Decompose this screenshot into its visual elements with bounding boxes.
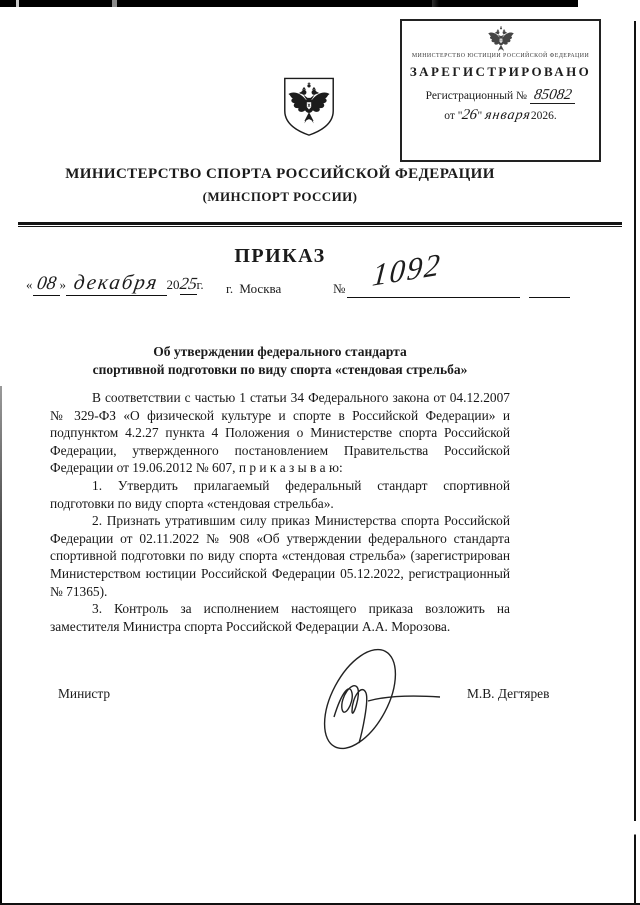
stamp-date-row: от "26" января2026. <box>402 108 599 123</box>
minister-signature <box>298 641 458 759</box>
stamp-date-year: 2026. <box>531 110 557 122</box>
stamp-date-month: января <box>484 109 532 123</box>
body-paragraph-item-2: 2. Признать утратившим силу приказ Минис… <box>50 512 510 600</box>
date-day-handwritten: 08 <box>31 273 61 295</box>
stamp-reg-number-value: 85082 <box>533 88 573 103</box>
scan-edge-left <box>0 386 2 905</box>
body-paragraph-item-3: 3. Контроль за исполнением настоящего пр… <box>50 600 510 635</box>
ministry-title: МИНИСТЕРСТВО СПОРТА РОССИЙСКОЙ ФЕДЕРАЦИИ <box>50 166 510 183</box>
stamp-date-day: 26 <box>461 108 478 123</box>
date-century: 20 <box>167 277 180 292</box>
order-subject: Об утверждении федерального стандарта сп… <box>50 343 510 378</box>
stamp-reg-number-label: Регистрационный № <box>426 90 527 102</box>
order-body: В соответствии с частью 1 статьи 34 Феде… <box>50 389 510 635</box>
scan-edge-right <box>634 21 636 905</box>
ministry-short-title: (МИНСПОРТ РОССИИ) <box>50 189 510 205</box>
order-number-label: № <box>333 281 345 297</box>
date-month-handwritten: декабря <box>64 270 169 295</box>
body-paragraph-preamble: В соответствии с частью 1 статьи 34 Феде… <box>50 389 510 477</box>
subject-line-2: спортивной подготовки по виду спорта «ст… <box>50 361 510 379</box>
signer-name: М.В. Дегтярев <box>467 686 549 702</box>
stamp-agency-name: МИНИСТЕРСТВО ЮСТИЦИИ РОССИЙСКОЙ ФЕДЕРАЦИ… <box>402 53 599 59</box>
subject-line-1: Об утверждении федерального стандарта <box>50 343 510 361</box>
stamp-registered-label: ЗАРЕГИСТРИРОВАНО <box>402 64 599 80</box>
justice-eagle-emblem-icon <box>486 26 516 52</box>
order-number-line-end <box>529 297 570 298</box>
body-paragraph-item-1: 1. Утвердить прилагаемый федеральный ста… <box>50 477 510 512</box>
order-date: «08»декабря2025г. <box>26 270 204 296</box>
order-city: г. Москва <box>226 281 281 297</box>
justice-registration-stamp: МИНИСТЕРСТВО ЮСТИЦИИ РОССИЙСКОЙ ФЕДЕРАЦИ… <box>400 19 601 162</box>
date-year-handwritten: 25 <box>178 274 198 294</box>
letterhead-divider <box>18 222 622 227</box>
russia-coat-of-arms-icon <box>278 76 340 140</box>
stamp-registration-number-row: Регистрационный № 85082 <box>402 88 599 104</box>
stamp-date-prefix: от <box>444 110 455 122</box>
stamp-date-close-quote: " <box>477 110 482 122</box>
order-document-page: МИНИСТЕРСТВО ЮСТИЦИИ РОССИЙСКОЙ ФЕДЕРАЦИ… <box>0 0 640 905</box>
scan-edge-top <box>0 0 578 7</box>
order-number-line <box>347 297 520 298</box>
signer-position: Министр <box>58 686 110 702</box>
